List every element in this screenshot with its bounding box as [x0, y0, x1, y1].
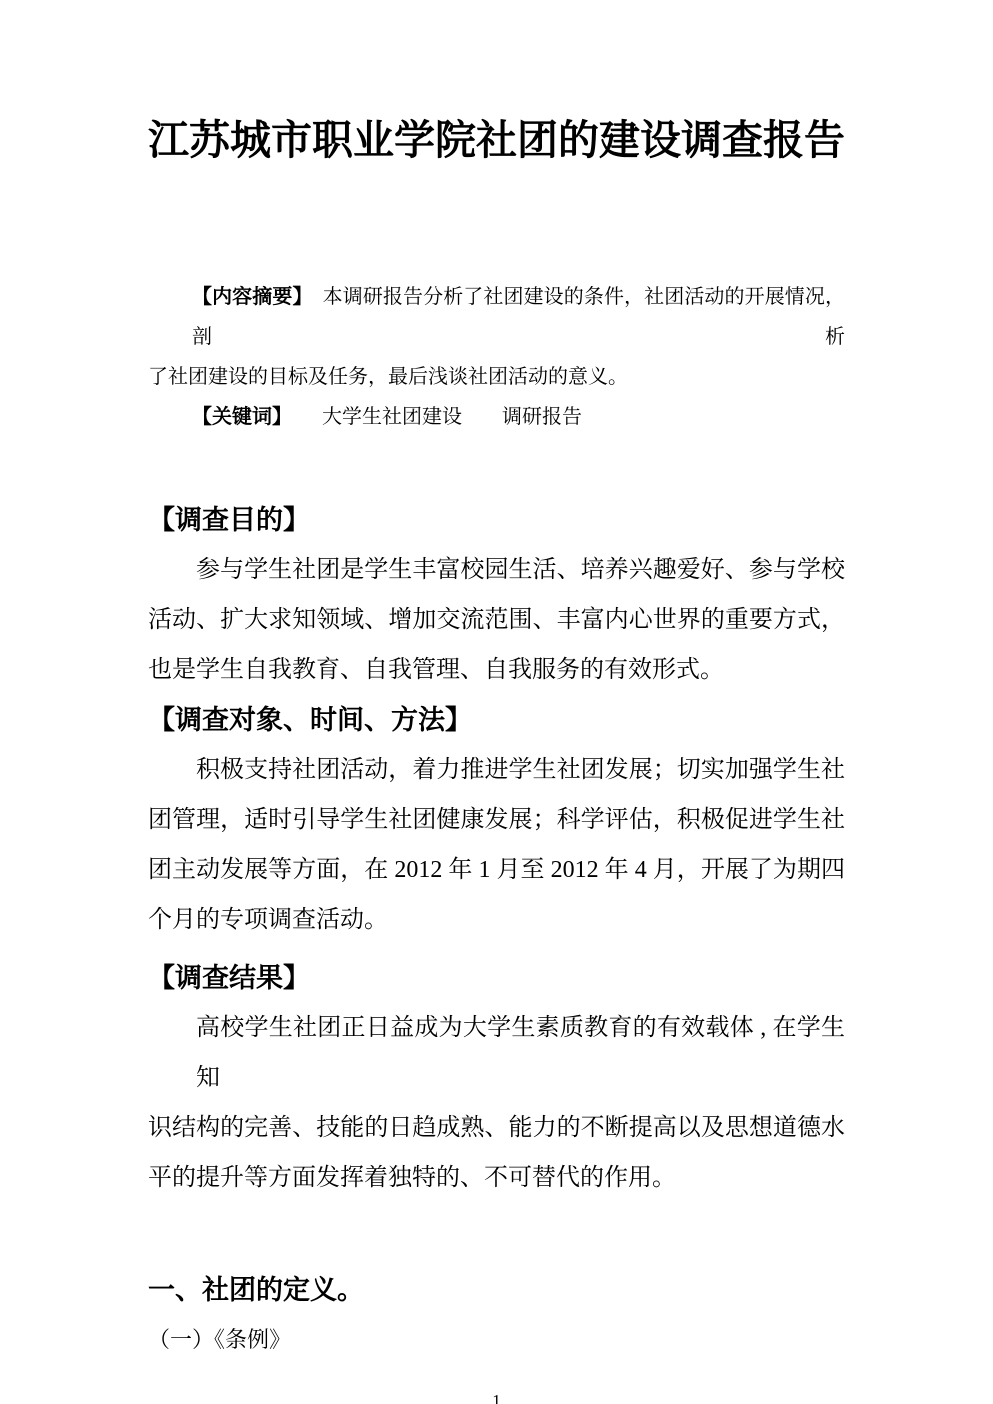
section-heading-purpose: 【调查目的】 — [148, 495, 845, 545]
paragraph-line: 个月的专项调查活动。 — [148, 895, 845, 945]
paragraph-line: 高校学生社团正日益成为大学生素质教育的有效载体 , 在学生知 — [148, 1003, 845, 1103]
outline-subheading-regulation: （一）《条例》 — [148, 1315, 845, 1365]
abstract-block: 【内容摘要】 本调研报告分析了社团建设的条件，社团活动的开展情况，剖析 了社团建… — [0, 277, 993, 437]
paragraph-line: 平的提升等方面发挥着独特的、不可替代的作用。 — [148, 1153, 845, 1203]
section-heading-result: 【调查结果】 — [148, 953, 845, 1003]
document-title: 江苏城市职业学院社团的建设调查报告 — [148, 112, 845, 168]
document-page: 江苏城市职业学院社团的建设调查报告 【内容摘要】 本调研报告分析了社团建设的条件… — [0, 0, 993, 1404]
keywords-line: 【关键词】 大学生社团建设 调研报告 — [148, 397, 845, 437]
outline-heading-definition: 一、社团的定义。 — [148, 1265, 845, 1315]
paragraph-line: 活动、扩大求知领域、增加交流范围、丰富内心世界的重要方式， — [148, 595, 845, 645]
page-number: 1 — [0, 1391, 993, 1404]
paragraph-line: 团管理，适时引导学生社团健康发展；科学评估，积极促进学生社 — [148, 795, 845, 845]
paragraph-line: 团主动发展等方面，在 2012 年 1 月至 2012 年 4 月，开展了为期四 — [148, 845, 845, 895]
abstract-label: 【内容摘要】 — [192, 286, 303, 308]
paragraph-line: 识结构的完善、技能的日趋成熟、能力的不断提高以及思想道德水 — [148, 1103, 845, 1153]
abstract-line: 【内容摘要】 本调研报告分析了社团建设的条件，社团活动的开展情况，剖析 — [148, 277, 845, 357]
section-heading-method: 【调查对象、时间、方法】 — [148, 695, 845, 745]
paragraph-line: 也是学生自我教育、自我管理、自我服务的有效形式。 — [148, 645, 845, 695]
keywords-label: 【关键词】 — [192, 406, 282, 428]
paragraph-line: 积极支持社团活动，着力推进学生社团发展；切实加强学生社 — [148, 745, 845, 795]
paragraph-line: 参与学生社团是学生丰富校园生活、培养兴趣爱好、参与学校 — [148, 545, 845, 595]
abstract-line: 了社团建设的目标及任务，最后浅谈社团活动的意义。 — [148, 357, 845, 397]
keywords-text: 大学生社团建设 调研报告 — [282, 406, 582, 428]
